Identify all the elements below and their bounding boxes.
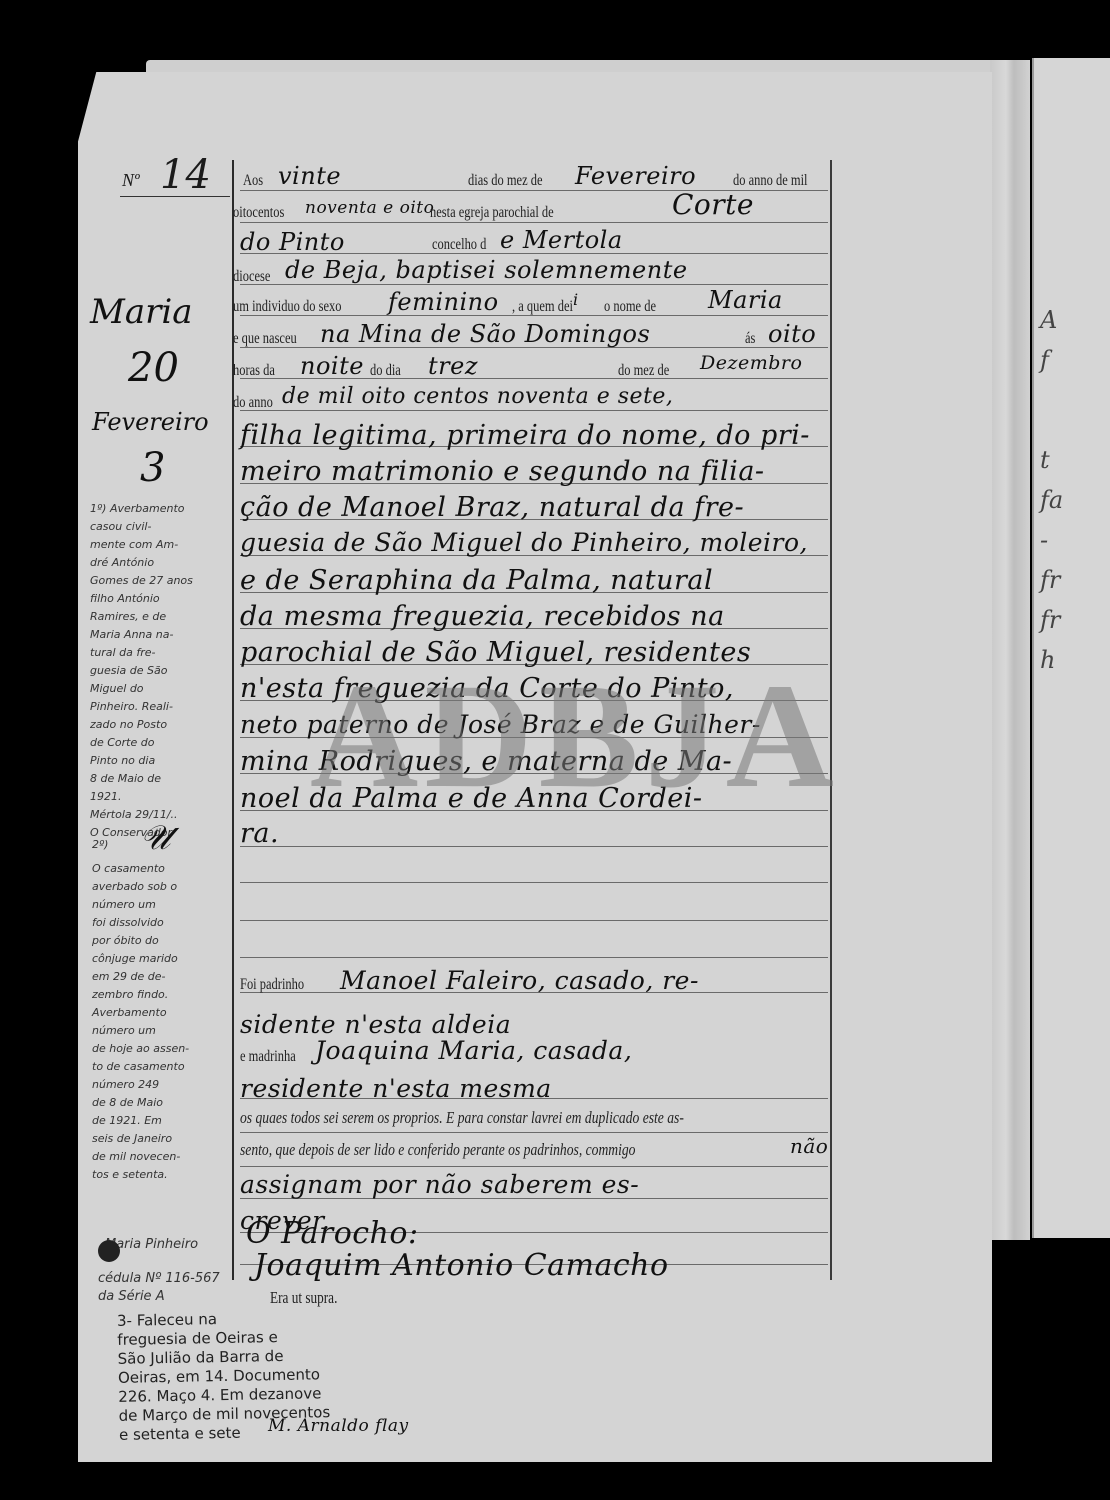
hw-nao: não — [790, 1134, 828, 1158]
rule — [240, 284, 828, 285]
printed-egreja-parochial: nesta egreja parochial de — [430, 204, 554, 222]
parish-priest-title: O Parocho: — [246, 1216, 419, 1251]
hw-month: Fevereiro — [575, 162, 696, 190]
margin-day: 20 — [128, 345, 179, 391]
hw-madrinha-2: residente n'esta mesma — [240, 1074, 552, 1103]
rule — [240, 846, 828, 847]
printed-dias-do-mez: dias do mez de — [468, 172, 543, 190]
margin-month: Fevereiro — [92, 408, 209, 436]
hw-body-line: da mesma freguezia, recebidos na — [240, 601, 725, 632]
hw-closing-3: assignam por não saberem es- — [240, 1170, 639, 1199]
entry-number-label: Nº — [122, 170, 140, 191]
margin-note-3-signature: M. Arnaldo flay — [268, 1416, 409, 1436]
printed-concelho: concelho d — [432, 236, 486, 254]
printed-do-mez-de: do mez de — [618, 362, 669, 380]
cedula-note: cédula Nº 116-567 da Série A — [98, 1270, 220, 1306]
printed-as: ás — [745, 330, 755, 348]
hw-diocese: de Beja, baptisei solemnemente — [285, 256, 688, 284]
rule — [240, 882, 828, 883]
hw-name: Maria — [708, 286, 783, 314]
page-edge — [990, 60, 1030, 1240]
rule — [240, 1166, 828, 1167]
margin-name: Maria — [90, 292, 192, 332]
hw-body-line: filha legitima, primeira do nome, do pri… — [240, 420, 810, 451]
printed-aos: Aos — [243, 172, 263, 190]
rule — [240, 1132, 828, 1133]
margin-initial-mark: 𝒰 — [140, 818, 171, 858]
printed-padrinho: Foi padrinho — [240, 976, 304, 994]
printed-closing-2: sento, que depois de ser lido e conferid… — [240, 1140, 635, 1160]
hw-body-line: guesia de São Miguel do Pinheiro, moleir… — [240, 528, 808, 557]
hw-body-line: ção de Manoel Braz, natural da fre- — [240, 492, 744, 523]
hw-body-line: e de Seraphina da Palma, natural — [240, 565, 713, 596]
hw-body-line: ra. — [240, 818, 279, 849]
hw-period: noite — [300, 352, 364, 380]
printed-diocese: diocese — [233, 268, 270, 286]
hw-parish: Corte — [672, 188, 754, 221]
hw-birth-day: trez — [428, 352, 478, 380]
entry-number: 14 — [160, 152, 211, 198]
margin-note-1: 1º) Averbamento casou civil- mente com A… — [90, 500, 193, 842]
printed-era-ut-supra: Era ut supra. — [270, 1288, 337, 1308]
hw-birth-month: Dezembro — [700, 352, 802, 374]
printed-do-dia: do dia — [370, 362, 401, 380]
printed-nasceu: e que nasceu — [233, 330, 297, 348]
hw-dei: i — [573, 290, 579, 309]
printed-a-quem-dei: , a quem dei — [512, 298, 573, 316]
parish-priest-signature: Joaquim Antonio Camacho — [254, 1248, 669, 1283]
hw-body-line: meiro matrimonio e segundo na filia- — [240, 456, 765, 487]
hw-madrinha-1: Joaquina Maria, casada, — [315, 1036, 632, 1065]
right-page-fragments: A f t fa - fr fr h — [1040, 300, 1110, 720]
rule — [240, 920, 828, 921]
rule — [240, 222, 828, 223]
printed-nome-de: o nome de — [604, 298, 656, 316]
hw-day: vinte — [278, 162, 341, 190]
hw-birth-year: de mil oito centos noventa e sete, — [282, 384, 673, 409]
printed-do-anno: do anno — [233, 394, 273, 412]
hw-padrinho-2: sidente n'esta aldeia — [240, 1010, 511, 1039]
rule — [240, 957, 828, 958]
hw-birthplace: na Mina de São Domingos — [320, 320, 650, 348]
rule — [240, 410, 828, 411]
margin-mark: 3 — [140, 445, 165, 491]
printed-horas-da: horas da — [233, 362, 275, 380]
hw-year: noventa e oito — [305, 198, 434, 218]
archive-watermark: ADBJA — [310, 650, 840, 822]
hw-sex: feminino — [388, 288, 499, 316]
margin-note-2: O casamento averbado sob o número um foi… — [92, 860, 189, 1184]
printed-individuo: um individuo do sexo — [233, 298, 342, 316]
printed-closing-1: os quaes todos sei serem os proprios. E … — [240, 1108, 684, 1128]
hw-hour: oito — [768, 320, 816, 348]
hw-padrinho-1: Manoel Faleiro, casado, re- — [340, 966, 699, 995]
hw-parish-2: do Pinto — [240, 228, 345, 256]
printed-madrinha: e madrinha — [240, 1048, 296, 1066]
margin-note-2-label: 2º) — [92, 836, 108, 854]
entry-number-underline — [120, 196, 230, 197]
ink-blot — [98, 1240, 120, 1262]
hw-municipality: e Mertola — [500, 226, 623, 254]
printed-oitocentos: oitocentos — [233, 204, 284, 222]
